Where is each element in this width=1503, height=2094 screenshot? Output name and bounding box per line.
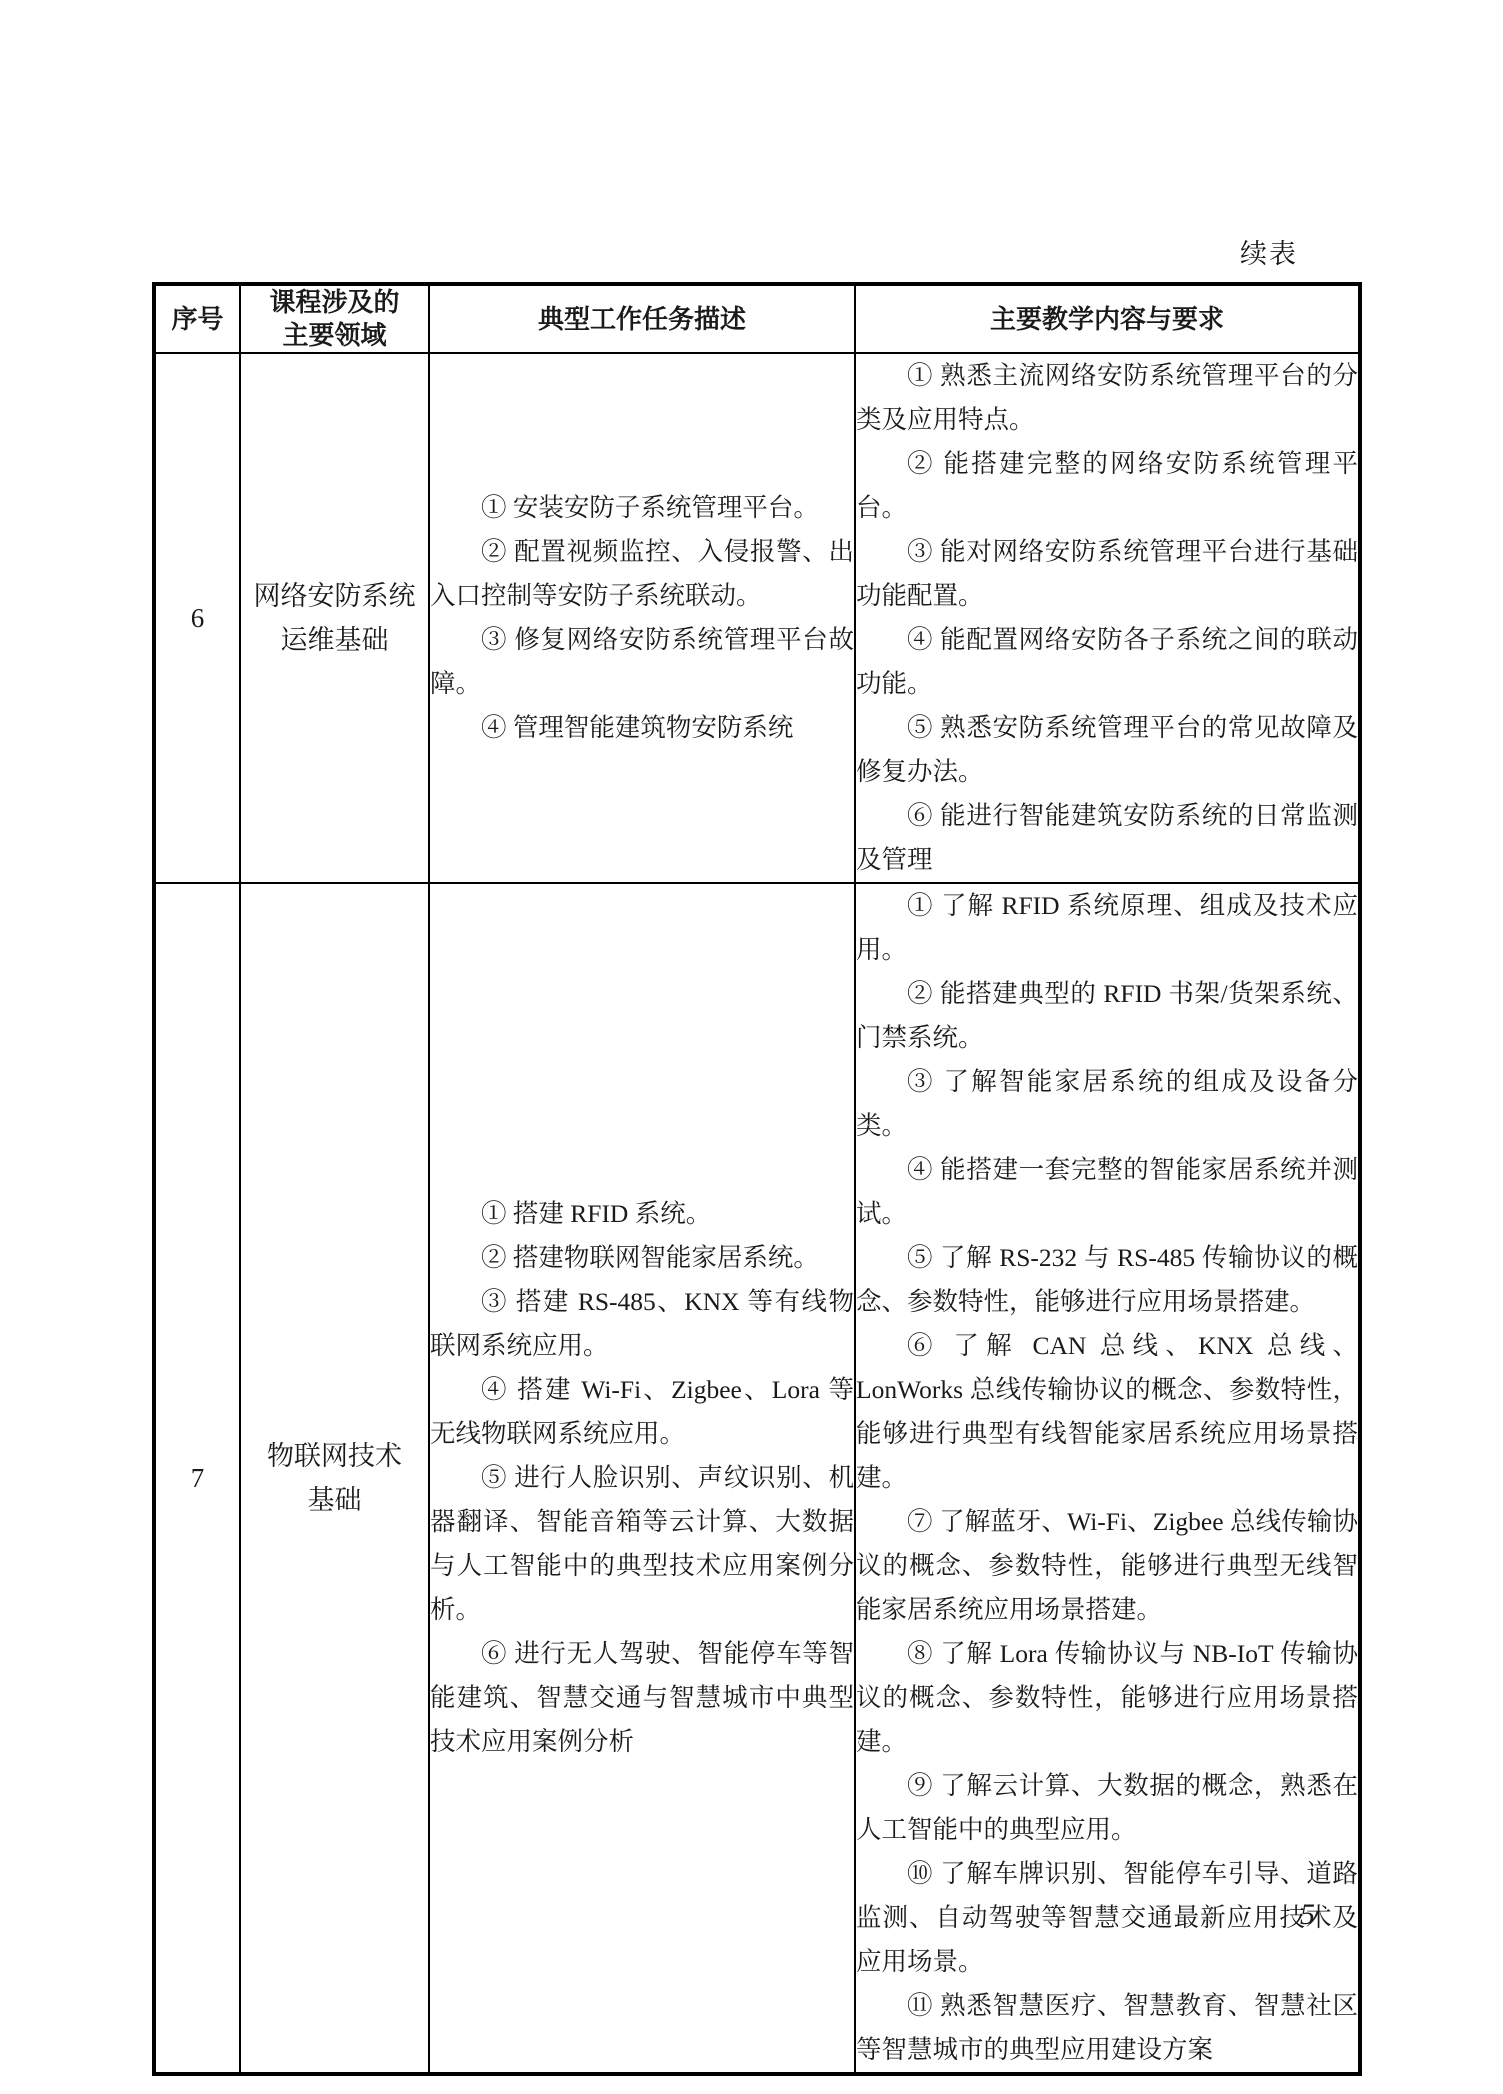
content-item: ③ 了解智能家居系统的组成及设备分类。	[856, 1060, 1358, 1148]
row-6-typical-tasks: ① 安装安防子系统管理平台。② 配置视频监控、入侵报警、出入口控制等安防子系统联…	[429, 353, 855, 883]
header-typical-tasks: 典型工作任务描述	[429, 284, 855, 353]
task-item: ④ 管理智能建筑物安防系统	[430, 706, 854, 750]
content-item: ⑧ 了解 Lora 传输协议与 NB-IoT 传输协议的概念、参数特性，能够进行…	[856, 1632, 1358, 1764]
content-item: ⑥ 了解 CAN 总线、KNX 总线、LonWorks 总线传输协议的概念、参数…	[856, 1324, 1358, 1500]
header-teaching-content: 主要教学内容与要求	[855, 284, 1360, 353]
task-item: ② 搭建物联网智能家居系统。	[430, 1236, 854, 1280]
row-7-serial-number: 7	[154, 883, 240, 2074]
content-item: ② 能搭建典型的 RFID 书架/货架系统、门禁系统。	[856, 972, 1358, 1060]
task-item: ③ 修复网络安防系统管理平台故障。	[430, 618, 854, 706]
content-item: ③ 能对网络安防系统管理平台进行基础功能配置。	[856, 530, 1358, 618]
row-7-teaching-content: ① 了解 RFID 系统原理、组成及技术应用。② 能搭建典型的 RFID 书架/…	[855, 883, 1360, 2074]
course-table: 序号 课程涉及的主要领域 典型工作任务描述 主要教学内容与要求 6 网络安防系统…	[152, 282, 1362, 2076]
task-item: ⑤ 进行人脸识别、声纹识别、机器翻译、智能音箱等云计算、大数据与人工智能中的典型…	[430, 1456, 854, 1632]
header-line: 课程涉及的	[241, 286, 428, 319]
content-item: ⑨ 了解云计算、大数据的概念，熟悉在人工智能中的典型应用。	[856, 1764, 1358, 1852]
task-item: ① 搭建 RFID 系统。	[430, 1192, 854, 1236]
content-item: ⑤ 熟悉安防系统管理平台的常见故障及修复办法。	[856, 706, 1358, 794]
row-7-course-domain: 物联网技术基础	[240, 883, 429, 2074]
header-serial-number: 序号	[154, 284, 240, 353]
content-item: ⑥ 能进行智能建筑安防系统的日常监测及管理	[856, 794, 1358, 882]
content-item: ② 能搭建完整的网络安防系统管理平台。	[856, 442, 1358, 530]
content-item: ① 熟悉主流网络安防系统管理平台的分类及应用特点。	[856, 354, 1358, 442]
content-item: ⑤ 了解 RS-232 与 RS-485 传输协议的概念、参数特性，能够进行应用…	[856, 1236, 1358, 1324]
task-item: ② 配置视频监控、入侵报警、出入口控制等安防子系统联动。	[430, 530, 854, 618]
domain-line: 网络安防系统	[241, 574, 428, 618]
row-7-typical-tasks: ① 搭建 RFID 系统。② 搭建物联网智能家居系统。③ 搭建 RS-485、K…	[429, 883, 855, 2074]
table-row-7: 7 物联网技术基础 ① 搭建 RFID 系统。② 搭建物联网智能家居系统。③ 搭…	[154, 883, 1360, 2074]
page-number: 5	[1300, 1898, 1315, 1932]
continuation-table-label: 续表	[152, 238, 1298, 270]
table-header-row: 序号 课程涉及的主要领域 典型工作任务描述 主要教学内容与要求	[154, 284, 1360, 353]
table-row-6: 6 网络安防系统运维基础 ① 安装安防子系统管理平台。② 配置视频监控、入侵报警…	[154, 353, 1360, 883]
document-page: 续表 序号 课程涉及的主要领域 典型工作任务描述 主要教学内容与要求 6 网络安…	[0, 0, 1503, 2094]
content-item: ① 了解 RFID 系统原理、组成及技术应用。	[856, 884, 1358, 972]
row-6-course-domain: 网络安防系统运维基础	[240, 353, 429, 883]
task-item: ⑥ 进行无人驾驶、智能停车等智能建筑、智慧交通与智慧城市中典型技术应用案例分析	[430, 1632, 854, 1764]
header-line: 主要领域	[241, 319, 428, 352]
content-item: ⑦ 了解蓝牙、Wi-Fi、Zigbee 总线传输协议的概念、参数特性，能够进行典…	[856, 1500, 1358, 1632]
content-item: ④ 能搭建一套完整的智能家居系统并测试。	[856, 1148, 1358, 1236]
task-item: ③ 搭建 RS-485、KNX 等有线物联网系统应用。	[430, 1280, 854, 1368]
domain-line: 运维基础	[241, 618, 428, 662]
task-item: ④ 搭建 Wi-Fi、Zigbee、Lora 等无线物联网系统应用。	[430, 1368, 854, 1456]
header-course-domain: 课程涉及的主要领域	[240, 284, 429, 353]
content-item: ④ 能配置网络安防各子系统之间的联动功能。	[856, 618, 1358, 706]
domain-line: 基础	[241, 1478, 428, 1522]
row-6-serial-number: 6	[154, 353, 240, 883]
content-item: ⑩ 了解车牌识别、智能停车引导、道路监测、自动驾驶等智慧交通最新应用技术及应用场…	[856, 1852, 1358, 1984]
row-6-teaching-content: ① 熟悉主流网络安防系统管理平台的分类及应用特点。② 能搭建完整的网络安防系统管…	[855, 353, 1360, 883]
content-item: ⑪ 熟悉智慧医疗、智慧教育、智慧社区等智慧城市的典型应用建设方案	[856, 1984, 1358, 2072]
domain-line: 物联网技术	[241, 1434, 428, 1478]
task-item: ① 安装安防子系统管理平台。	[430, 486, 854, 530]
